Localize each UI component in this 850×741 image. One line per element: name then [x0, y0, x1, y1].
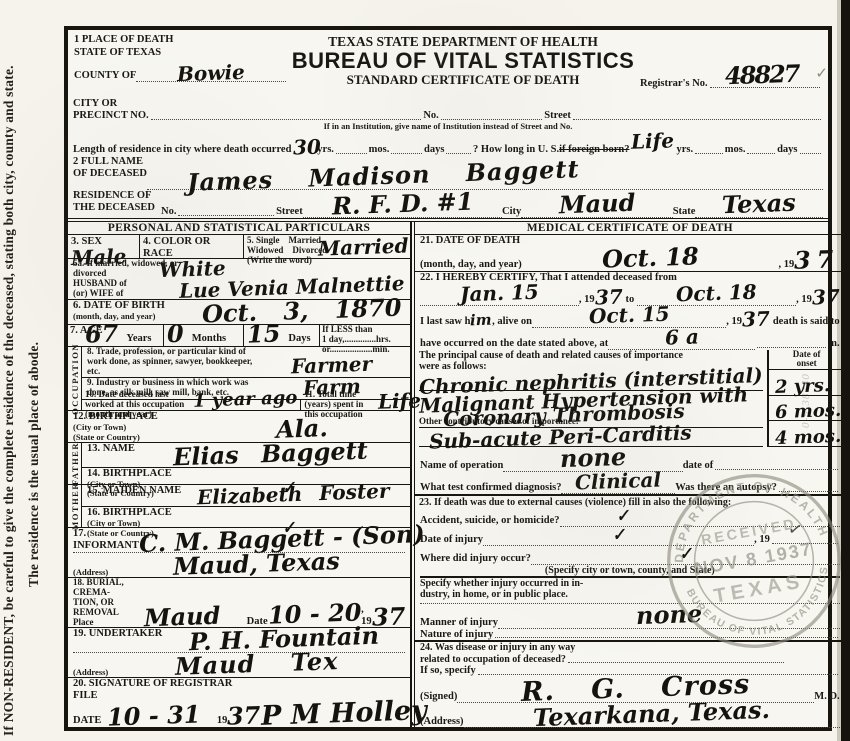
- certificate-frame: 1 PLACE OF DEATH STATE OF TEXAS COUNTY O…: [64, 26, 832, 731]
- test-row: What test confirmed diagnosis? Clinical …: [415, 472, 845, 494]
- precinct-no-label: PRECINCT NO.: [73, 110, 149, 122]
- dob-label: 6. DATE OF BIRTH: [73, 300, 199, 312]
- street-label: Street: [544, 110, 571, 122]
- injury-manner-value: none: [635, 602, 702, 626]
- death-printed-19: , 19: [779, 259, 795, 271]
- attended-to-value: Oct. 18: [676, 282, 757, 303]
- total-time-value: Life: [378, 392, 422, 411]
- certify-block: 22. I HEREBY CERTIFY, That I attended de…: [415, 272, 845, 350]
- injury-where-row: Where did injury occur? ✓ (Specify city …: [415, 546, 845, 578]
- birthplace-sub-2: (State or Country): [73, 433, 199, 442]
- test-value: Clinical: [575, 470, 662, 491]
- residence-length-value: 30: [293, 138, 321, 157]
- dob-value: Oct. 3, 1870: [202, 296, 402, 325]
- margin-note-nonresident: If NON-RESIDENT, be careful to give the …: [1, 30, 17, 736]
- physician-address-label: (Address): [420, 716, 464, 728]
- title-block: TEXAS STATE DEPARTMENT OF HEALTH BUREAU …: [286, 34, 640, 98]
- residence-street-label: Street: [276, 206, 303, 218]
- informant-address-label: (Address): [73, 568, 108, 577]
- ifso-label: If so, specify: [420, 665, 476, 677]
- registrar-checkmark: ✓: [815, 64, 828, 83]
- physician-address-value: Texarkana, Texas.: [533, 698, 770, 728]
- date-of-onset-column: Date of onset 2 yrs. 6 mos. 4 mos.: [767, 350, 845, 447]
- trade-label: 8. Trade, profession, or particular kind…: [87, 347, 259, 377]
- burial-place-value: Maud: [144, 605, 221, 629]
- informant-address-value: Maud, Texas: [173, 550, 340, 577]
- occupation-related-block: 24. Was disease or injury in any way rel…: [415, 642, 845, 664]
- injury-nature-row: Nature of injury: [415, 629, 845, 643]
- father-name-value: Elias Baggett: [172, 440, 367, 468]
- operation-label: Name of operation: [420, 460, 503, 472]
- certificate-title: STANDARD CERTIFICATE OF DEATH: [286, 72, 640, 88]
- full-name-label-1: 2 FULL NAME: [73, 156, 147, 168]
- accident-checkmark: ✓: [615, 508, 630, 524]
- saw-printed-19: , 19: [726, 316, 742, 328]
- informant-row: 17. INFORMANT C. M. Baggett - (Son) (Add…: [68, 528, 410, 578]
- undertaker-address-label: (Address): [73, 668, 108, 677]
- medical-column: MEDICAL CERTIFICATE OF DEATH 21. DATE OF…: [414, 222, 845, 727]
- spouse-label-3: (or) WIFE of: [73, 289, 179, 299]
- date-of-death-sub: (month, day, and year): [420, 259, 522, 271]
- residence-row: RESIDENCE OF THE DECEASED No. Street R. …: [68, 190, 828, 218]
- death-year-value: 37: [794, 248, 840, 271]
- am-pm-label: m.: [828, 338, 839, 350]
- personal-column: PERSONAL AND STATISTICAL PARTICULARS 3. …: [68, 222, 412, 727]
- undertaker-label: 19. UNDERTAKER: [73, 628, 162, 640]
- mother-name-row: 15. MAIDEN NAME Elizabeth Foster: [82, 485, 410, 507]
- date-of-death-row: 21. DATE OF DEATH (month, day, and year)…: [415, 235, 845, 272]
- mos-label-2: mos.: [725, 144, 746, 156]
- residence-city-value: Maud: [558, 192, 635, 216]
- md-label: M. D.: [814, 691, 839, 703]
- sex-race-marital-row: 3. SEX Male 4. COLOR OR RACE White 5. Si…: [68, 235, 410, 259]
- onset-1-value: 2 yrs.: [774, 378, 830, 396]
- burial-label-2: TION, OR REMOVAL: [73, 598, 144, 618]
- us-question-label: ? How long in U. S.: [473, 144, 559, 156]
- injury-date-label: Date of injury: [420, 534, 483, 546]
- residence-city-label: City: [502, 206, 521, 218]
- injury-manner-row: Manner of injury none: [415, 604, 845, 629]
- county-label: COUNTY OF: [74, 70, 136, 82]
- injury-date-row: Date of injury ✓ , 19: [415, 527, 845, 546]
- state-of-texas-label: STATE OF TEXAS: [74, 47, 286, 59]
- full-name-row: 2 FULL NAME OF DECEASED James Madison Ba…: [68, 156, 828, 190]
- county-value: Bowie: [177, 62, 245, 82]
- attended-from-value: Jan. 15: [460, 282, 539, 303]
- autopsy-label: Was there an autopsy?: [675, 482, 777, 494]
- burial-label-1: 18. BURIAL, CREMA-: [73, 578, 144, 598]
- last-saw-label-1: I last saw h: [420, 316, 470, 328]
- residence-length-row: Length of residence in city where death …: [68, 132, 828, 156]
- age-months-value: 0: [167, 323, 184, 345]
- full-name-label-2: OF DECEASED: [73, 168, 147, 180]
- registrar-row: 20. SIGNATURE OF REGISTRAR FILE DATE 10 …: [68, 678, 410, 727]
- onset-3-value: 4 mos.: [774, 429, 841, 447]
- burial-place-label: Place: [73, 618, 144, 628]
- residence-state-label: State: [673, 206, 696, 218]
- personal-section-title: PERSONAL AND STATISTICAL PARTICULARS: [68, 222, 410, 235]
- injury-date-checkmark: ✓: [611, 527, 626, 543]
- occupation-related-label-1: 24. Was disease or injury in any way: [420, 642, 840, 653]
- race-label: 4. COLOR OR RACE: [143, 236, 240, 260]
- marital-value: Married: [317, 237, 408, 258]
- institution-note: If in an Institution, give name of Insti…: [73, 122, 823, 131]
- operation-value: none: [560, 446, 627, 470]
- yrs-label-2: yrs.: [676, 144, 693, 156]
- months-label: Months: [192, 333, 226, 345]
- place-of-death-block: 1 PLACE OF DEATH STATE OF TEXAS COUNTY O…: [74, 34, 286, 98]
- test-label: What test confirmed diagnosis?: [420, 482, 561, 494]
- occupation-group: OCCUPATION 8. Trade, profession, or part…: [68, 347, 410, 411]
- age-days-value: 15: [247, 323, 281, 346]
- days-label-2: days: [777, 144, 797, 156]
- physician-address-row: (Address) Texarkana, Texas.: [415, 703, 845, 728]
- father-name-label: 13. NAME: [87, 443, 135, 455]
- registrar-no-block: Registrar's No. 48827 ✓: [640, 34, 822, 98]
- last-worked-value: 1 year ago: [193, 391, 298, 411]
- accident-row: Accident, suicide, or homicide? ✓: [415, 508, 845, 527]
- occupation-related-label-2: related to occupation of deceased?: [420, 654, 566, 665]
- onset-header-2: onset: [769, 359, 845, 370]
- file-year-value: 37: [227, 705, 261, 728]
- injury-manner-label: Manner of injury: [420, 617, 498, 629]
- file-date-value: 10 - 31: [107, 704, 201, 729]
- dob-row: 6. DATE OF BIRTH (month, day, and year) …: [68, 300, 410, 325]
- bureau-title: BUREAU OF VITAL STATISTICS: [286, 50, 640, 72]
- city-precinct-row: CITY OR PRECINCT NO. No. Street If in an…: [68, 98, 828, 132]
- occurred-at-label: have occurred on the date stated above, …: [420, 338, 608, 350]
- residence-label-1: RESIDENCE OF: [73, 190, 155, 202]
- injury-specify-label-2: dustry, in home, or in public place.: [420, 589, 840, 600]
- age-years-value: 67: [85, 323, 119, 346]
- injury-where-checkmark: ✓: [678, 546, 693, 562]
- injury-specify-label-1: Specify whether injury occurred in in-: [420, 578, 840, 589]
- father-name-row: 13. NAME Elias Baggett: [82, 443, 410, 468]
- date-of-death-value: Oct. 18: [601, 245, 698, 270]
- file-date-label: DATE: [73, 715, 101, 727]
- years-label: Years: [126, 333, 151, 345]
- mother-maiden-value: Elizabeth Foster: [197, 482, 390, 507]
- occupation-vertical-label: OCCUPATION: [68, 347, 82, 410]
- last-worked-row: 10. Date deceased last worked at this oc…: [82, 400, 410, 411]
- onset-2-value: 6 mos.: [774, 403, 841, 421]
- registrar-no-label: Registrar's No.: [640, 78, 708, 90]
- injury-where-sub-label: (Specify city or town, county, and State…: [420, 565, 840, 578]
- operation-date-label: date of: [683, 460, 714, 472]
- accident-label: Accident, suicide, or homicide?: [420, 515, 560, 527]
- father-vertical-label: FATHER: [68, 443, 82, 485]
- days-unit-label: Days: [288, 333, 310, 345]
- spouse-label-1: 5a. If married, widowed, or divorced: [73, 259, 179, 279]
- margin-note-residence: The residence is the usual place of abod…: [26, 42, 42, 587]
- days-label: days: [424, 144, 444, 156]
- injury-specify-block: Specify whether injury occurred in in- d…: [415, 578, 845, 603]
- principal-cause-label-1: The principal cause of death and related…: [419, 350, 763, 361]
- injury-nature-label: Nature of injury: [420, 629, 493, 641]
- age-row: 7. AGE 67 Years 0 Months 15 Days If LESS…: [68, 325, 410, 347]
- injury-printed-19: , 19: [754, 534, 770, 546]
- how-long-us-value: Life: [631, 131, 675, 150]
- registrar-signature-value: P M Holley: [260, 699, 427, 729]
- injury-where-label: Where did injury occur?: [420, 553, 531, 565]
- mother-vertical-label: MOTHER: [68, 485, 82, 527]
- residence-length-label: Length of residence in city where death …: [73, 144, 291, 156]
- death-said-label: death is said to: [773, 316, 840, 328]
- external-causes-label: 23. If death was due to external causes …: [415, 494, 845, 508]
- undertaker-row: 19. UNDERTAKER P. H. Fountain (Address) …: [68, 628, 410, 678]
- residence-state-value: Texas: [722, 192, 796, 216]
- no-label: No.: [423, 110, 438, 122]
- residence-street-value: R. F. D. #1: [331, 191, 473, 218]
- father-birthplace-label: 14. BIRTHPLACE: [87, 468, 172, 480]
- registrar-no-value: 48827: [724, 63, 798, 87]
- cause-of-death-zone: The principal cause of death and related…: [415, 350, 845, 447]
- undertaker-address-value: Maud Tex: [175, 651, 339, 678]
- city-or-label: CITY OR: [73, 98, 149, 110]
- residence-label-2: THE DECEASED: [73, 202, 155, 214]
- file-printed-19: 19: [217, 715, 228, 727]
- last-saw-him-hw: im: [470, 314, 492, 328]
- place-of-death-label: 1 PLACE OF DEATH: [74, 34, 286, 46]
- registrar-signature-label: 20. SIGNATURE OF REGISTRAR: [73, 678, 405, 690]
- trade-value: Farmer: [291, 354, 373, 375]
- deceased-name-value: James Madison Baggett: [187, 158, 580, 193]
- signed-row: (Signed) R. G. Cross M. D.: [415, 677, 845, 703]
- trade-row: 8. Trade, profession, or particular kind…: [82, 347, 410, 378]
- informant-label: 17. INFORMANT: [73, 528, 139, 552]
- last-saw-date-value: Oct. 15: [589, 304, 670, 325]
- mos-label: mos.: [369, 144, 390, 156]
- last-saw-year: 37: [742, 309, 770, 328]
- last-saw-label-2: , alive on: [492, 316, 532, 328]
- to-printed-19: , 19: [796, 294, 812, 306]
- mother-maiden-label: 15. MAIDEN NAME: [87, 485, 181, 497]
- time-of-death-value: 6 a: [664, 327, 698, 346]
- medical-section-title: MEDICAL CERTIFICATE OF DEATH: [415, 222, 845, 235]
- attended-to-year: 37: [812, 287, 840, 306]
- columns-region: PERSONAL AND STATISTICAL PARTICULARS 3. …: [68, 218, 828, 727]
- residence-no-label: No.: [161, 206, 176, 218]
- signed-label: (Signed): [420, 691, 457, 703]
- certificate-header: 1 PLACE OF DEATH STATE OF TEXAS COUNTY O…: [68, 30, 828, 98]
